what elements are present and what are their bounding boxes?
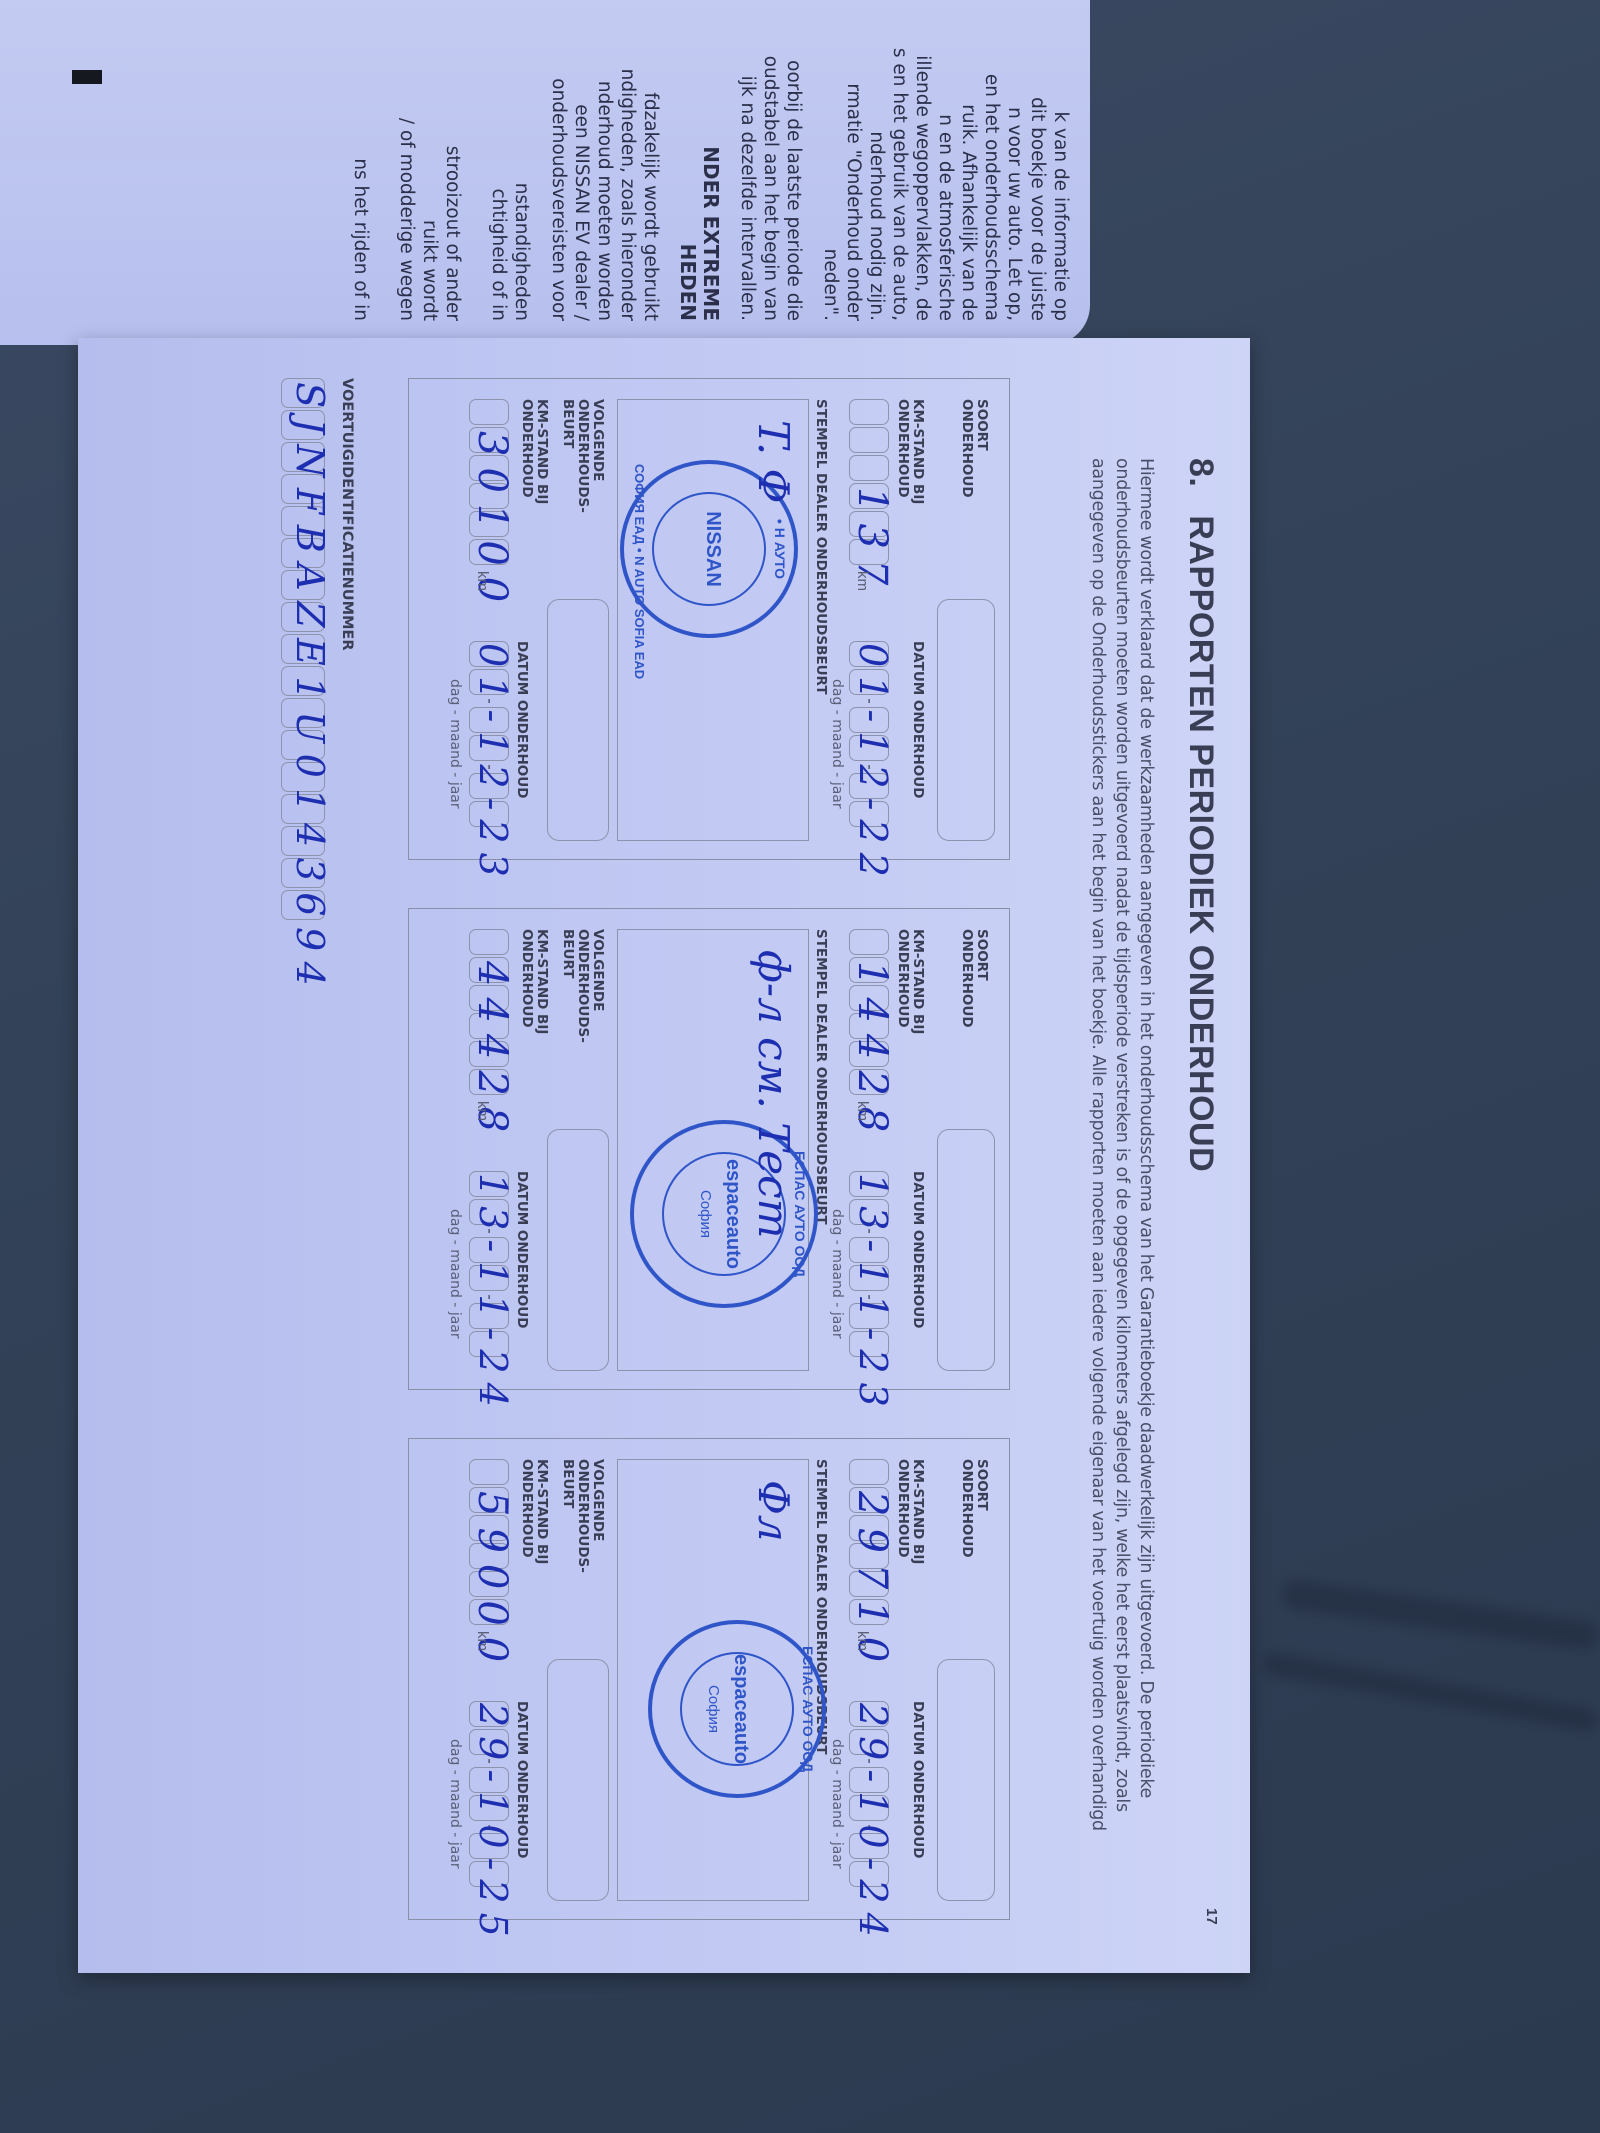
input-cell[interactable] bbox=[849, 929, 889, 955]
next-datum-label: DATUM ONDERHOUD bbox=[514, 641, 529, 798]
next-datum-label: DATUM ONDERHOUD bbox=[514, 1171, 529, 1328]
stamp-outer-text: ЕСПАС АУТО ООД bbox=[800, 1624, 816, 1794]
left-page-line: nderhoud moeten worden bbox=[594, 81, 615, 321]
stamp-label: STEMPEL DEALER ONDERHOUDSBEURT bbox=[813, 929, 829, 1225]
next-km-stand-label: KM-STAND BIJONDERHOUD bbox=[519, 399, 549, 504]
stamp-inner-text: espaceauto bbox=[721, 1124, 744, 1304]
left-page-line: dit boekje voor de juiste bbox=[1027, 97, 1048, 321]
dealer-signature: Фл bbox=[749, 1480, 798, 1542]
date-format-hint: dag - maand - jaar bbox=[829, 1739, 845, 1869]
left-page-line: een NISSAN EV dealer / bbox=[571, 104, 592, 321]
left-page-line: s en het gebruik van de auto, bbox=[889, 48, 910, 321]
dealer-stamp-area: • Н АУТОNISSANСОФИЯ ЕАД • N AUTO SOFIA E… bbox=[617, 399, 809, 841]
next-datum-value: 01-12-23 bbox=[471, 643, 515, 886]
soort-label: SOORTONDERHOUD bbox=[959, 929, 989, 1028]
left-page-line: illende wegoppervlakken, de bbox=[912, 55, 933, 321]
maintenance-report-page: 8.RAPPORTEN PERIODIEK ONDERHOUD Hiermee … bbox=[78, 338, 1250, 1973]
date-format-hint: dag - maand - jaar bbox=[829, 679, 845, 809]
service-record-card: SOORTONDERHOUDKM-STAND BIJONDERHOUDDATUM… bbox=[408, 378, 1010, 860]
left-page-line: strooizout of ander bbox=[442, 146, 463, 321]
next-datum-label: DATUM ONDERHOUD bbox=[514, 1701, 529, 1858]
datum-value: 01-12-22 bbox=[851, 643, 895, 886]
left-page-line: / of modderige wegen bbox=[396, 118, 417, 321]
input-cell[interactable] bbox=[469, 929, 509, 955]
date-format-hint: dag - maand - jaar bbox=[447, 1739, 463, 1869]
volgende-label: VOLGENDEONDERHOUDS-BEURT bbox=[560, 929, 605, 1043]
left-page-line: ruik. Afhankelijk van de bbox=[958, 104, 979, 321]
left-page-line: NDER EXTREME bbox=[699, 146, 723, 321]
datum-label: DATUM ONDERHOUD bbox=[910, 641, 925, 798]
input-cell[interactable] bbox=[849, 455, 889, 481]
date-format-hint: dag - maand - jaar bbox=[829, 1209, 845, 1339]
left-page-line: nstandigheden bbox=[511, 183, 532, 321]
left-page-line: ijk na dezelfde intervallen. bbox=[737, 76, 758, 321]
left-page-line: fdzakelijk wordt gebruikt bbox=[640, 92, 661, 321]
km-stand-label: KM-STAND BIJONDERHOUD bbox=[895, 1459, 925, 1564]
left-page-line: en het onderhoudsschema bbox=[981, 74, 1002, 321]
stamp-city-text: София bbox=[705, 1624, 722, 1794]
date-format-hint: dag - maand - jaar bbox=[447, 679, 463, 809]
next-datum-value: 13-11-24 bbox=[471, 1173, 515, 1416]
input-cell[interactable] bbox=[849, 427, 889, 453]
dealer-signature: ф-л см. Тест bbox=[749, 950, 798, 1238]
vin-label: VOERTUIGIDENTIFICATIENUMMER bbox=[339, 378, 355, 651]
km-unit: km bbox=[854, 571, 871, 591]
section-title-text: RAPPORTEN PERIODIEK ONDERHOUD bbox=[1182, 515, 1220, 1172]
left-page-line: onderhoudsvereisten voor bbox=[548, 78, 569, 321]
volgende-label: VOLGENDEONDERHOUDS-BEURT bbox=[560, 399, 605, 513]
km-unit: km bbox=[474, 571, 491, 591]
km-stand-label: KM-STAND BIJONDERHOUD bbox=[895, 399, 925, 504]
intro-text: Hiermee wordt verklaard dat de werkzaamh… bbox=[1086, 458, 1158, 1918]
dealer-stamp-area: ЕСПАС АУТО ООДespaceautoСофияф-л см. Тес… bbox=[617, 929, 809, 1371]
dealer-signature: T. Ф bbox=[749, 420, 798, 503]
left-page-line: nderhoud nodig zijn. bbox=[866, 131, 887, 321]
left-page-line: rmatie "Onderhoud onder bbox=[843, 83, 864, 321]
input-cell[interactable] bbox=[849, 1459, 889, 1485]
volgende-onderhoud-field[interactable] bbox=[547, 1659, 609, 1901]
section-title: 8.RAPPORTEN PERIODIEK ONDERHOUD bbox=[1181, 458, 1220, 1172]
left-page-line: n voor uw auto. Let op, bbox=[1004, 107, 1025, 321]
spine-tab bbox=[72, 70, 102, 84]
soort-label: SOORTONDERHOUD bbox=[959, 399, 989, 498]
dealer-stamp: ЕСПАС АУТО ООДespaceautoСофия bbox=[648, 1620, 826, 1798]
datum-value: 13-11-23 bbox=[851, 1173, 895, 1416]
service-record-card: SOORTONDERHOUDKM-STAND BIJONDERHOUDDATUM… bbox=[408, 1438, 1010, 1920]
volgende-label: VOLGENDEONDERHOUDS-BEURT bbox=[560, 1459, 605, 1573]
km-unit: km bbox=[854, 1101, 871, 1121]
km-stand-label: KM-STAND BIJONDERHOUD bbox=[895, 929, 925, 1034]
left-page-line: k van de informatie op bbox=[1050, 111, 1071, 321]
next-km-stand-label: KM-STAND BIJONDERHOUD bbox=[519, 1459, 549, 1564]
left-page-line: oudstabel aan het begin van bbox=[760, 56, 781, 321]
datum-value: 29-10-24 bbox=[851, 1703, 895, 1946]
input-cell[interactable] bbox=[469, 1459, 509, 1485]
left-page-line: chtigheid of in bbox=[488, 189, 509, 321]
stamp-bottom-text: СОФИЯ ЕАД • N AUTO SOFIA EAD bbox=[632, 464, 647, 634]
stamp-city-text: София bbox=[697, 1124, 714, 1304]
next-datum-value: 29-10-25 bbox=[471, 1703, 515, 1946]
left-page-line: oorbij de laatste periode die bbox=[783, 60, 804, 321]
dealer-stamp-area: ЕСПАС АУТО ООДespaceautoСофияФл bbox=[617, 1459, 809, 1901]
km-unit: km bbox=[474, 1101, 491, 1121]
vin-value: SJNFBAZE1U0143694 bbox=[288, 382, 332, 996]
datum-label: DATUM ONDERHOUD bbox=[910, 1171, 925, 1328]
km-unit: km bbox=[474, 1631, 491, 1651]
next-km-stand-label: KM-STAND BIJONDERHOUD bbox=[519, 929, 549, 1034]
service-record-card: SOORTONDERHOUDKM-STAND BIJONDERHOUDDATUM… bbox=[408, 908, 1010, 1390]
section-number: 8. bbox=[1182, 458, 1220, 487]
input-cell[interactable] bbox=[849, 399, 889, 425]
soort-onderhoud-field[interactable] bbox=[937, 1129, 995, 1371]
left-page-line: ns het rijden of in bbox=[350, 158, 371, 321]
left-page-line: HEDEN bbox=[676, 244, 700, 321]
stamp-label: STEMPEL DEALER ONDERHOUDSBEURT bbox=[813, 399, 829, 695]
soort-onderhoud-field[interactable] bbox=[937, 1659, 995, 1901]
left-page-line: neden". bbox=[820, 249, 841, 321]
input-cell[interactable] bbox=[469, 399, 509, 425]
left-page-line: n en de atmosferische bbox=[935, 114, 956, 321]
left-page-text-frame: k van de informatie opdit boekje voor de… bbox=[0, 0, 1090, 345]
volgende-onderhoud-field[interactable] bbox=[547, 1129, 609, 1371]
stamp-inner-text: espaceauto bbox=[729, 1624, 752, 1794]
date-format-hint: dag - maand - jaar bbox=[447, 1209, 463, 1339]
stamp-inner-text: NISSAN bbox=[701, 464, 724, 634]
soort-label: SOORTONDERHOUD bbox=[959, 1459, 989, 1558]
left-page-line: ruikt wordt bbox=[419, 220, 440, 321]
datum-label: DATUM ONDERHOUD bbox=[910, 1701, 925, 1858]
km-unit: km bbox=[854, 1631, 871, 1651]
left-page-text: k van de informatie opdit boekje voor de… bbox=[335, 0, 1072, 321]
left-page-line: ndigheden, zoals hieronder bbox=[617, 69, 638, 321]
volgende-onderhoud-field[interactable] bbox=[547, 599, 609, 841]
soort-onderhoud-field[interactable] bbox=[937, 599, 995, 841]
page-number: 17 bbox=[1203, 1908, 1220, 1925]
